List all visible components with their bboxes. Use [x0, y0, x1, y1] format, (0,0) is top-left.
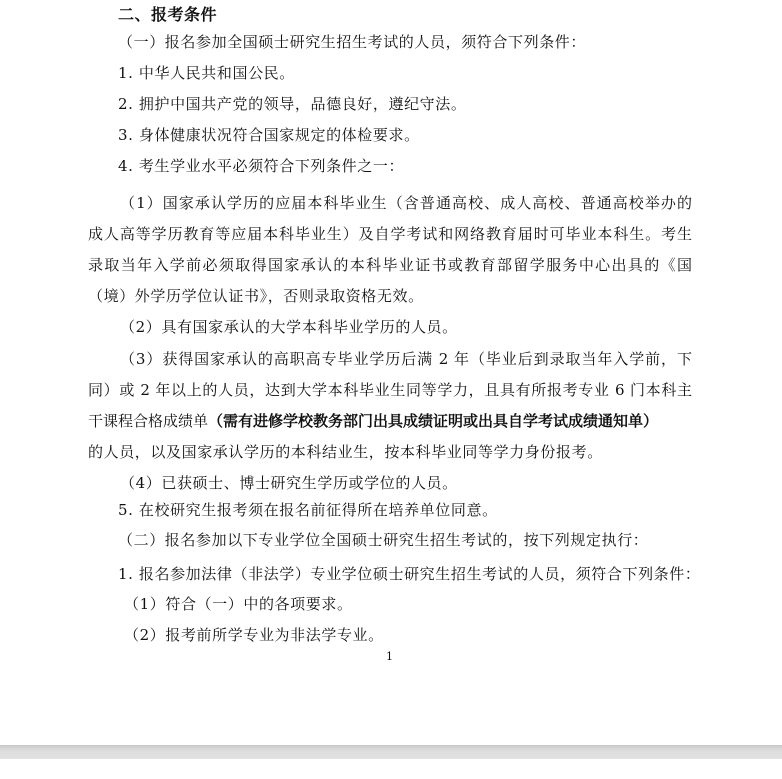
part-two-intro: （二）报名参加以下专业学位全国硕士研究生招生考试的，按下列规定执行：	[118, 530, 648, 550]
sub-condition-3-line-3: 干课程合格成绩单（需有进修学校教务部门出具成绩证明或出具自学考试成绩通知单）	[88, 411, 658, 431]
page-number: 1	[386, 650, 393, 664]
sub-condition-1-line-4: （境）外学历学位认证书》，否则录取资格无效。	[88, 286, 424, 306]
sub-condition-1-line-1: （1）国家承认学历的应届本科毕业生（含普通高校、成人高校、普通高校举办的	[88, 193, 692, 213]
requirement-item-4: 4. 考生学业水平必须符合下列条件之一：	[118, 156, 404, 176]
sub-condition-3-bold-note: （需有进修学校教务部门出具成绩证明或出具自学考试成绩通知单）	[208, 412, 658, 430]
sub-condition-3-line-1: （3）获得国家承认的高职高专毕业学历后满 2 年（毕业后到录取当年入学前，下	[88, 349, 692, 369]
section-heading: 二、报考条件	[118, 5, 217, 25]
sub-condition-4: （4）已获硕士、博士研究生学历或学位的人员。	[120, 473, 458, 493]
part-two-sub-1: （1）符合（一）中的各项要求。	[124, 594, 353, 614]
sub-condition-1-line-3: 录取当年入学前必须取得国家承认的本科毕业证书或教育部留学服务中心出具的《国	[88, 255, 692, 275]
requirement-item-5: 5. 在校研究生报考须在报名前征得所在培养单位同意。	[118, 500, 498, 520]
sub-condition-3-line-2: 同）或 2 年以上的人员，达到大学本科毕业生同等学力，且具有所报考专业 6 门本…	[88, 380, 692, 400]
part-one-intro: （一）报名参加全国硕士研究生招生考试的人员，须符合下列条件：	[118, 32, 586, 52]
next-page-top	[0, 759, 782, 779]
part-two-sub-2: （2）报考前所学专业为非法学专业。	[124, 625, 384, 645]
requirement-item-2: 2. 拥护中国共产党的领导，品德良好，遵纪守法。	[118, 94, 466, 114]
part-two-item-1: 1. 报名参加法律（非法学）专业学位硕士研究生招生考试的人员，须符合下列条件：	[118, 564, 700, 584]
requirement-item-1: 1. 中华人民共和国公民。	[118, 63, 295, 83]
page-separator	[0, 745, 782, 759]
document-page: 二、报考条件 （一）报名参加全国硕士研究生招生考试的人员，须符合下列条件： 1.…	[0, 0, 782, 745]
sub-condition-3-plain: 干课程合格成绩单	[88, 412, 208, 430]
sub-condition-2: （2）具有国家承认的大学本科毕业学历的人员。	[120, 317, 458, 337]
sub-condition-1-line-2: 成人高等学历教育等应届本科毕业生）及自学考试和网络教育届时可毕业本科生。考生	[88, 224, 692, 244]
sub-condition-3-line-4: 的人员，以及国家承认学历的本科结业生，按本科毕业同等学力身份报考。	[88, 442, 603, 462]
requirement-item-3: 3. 身体健康状况符合国家规定的体检要求。	[118, 125, 420, 145]
